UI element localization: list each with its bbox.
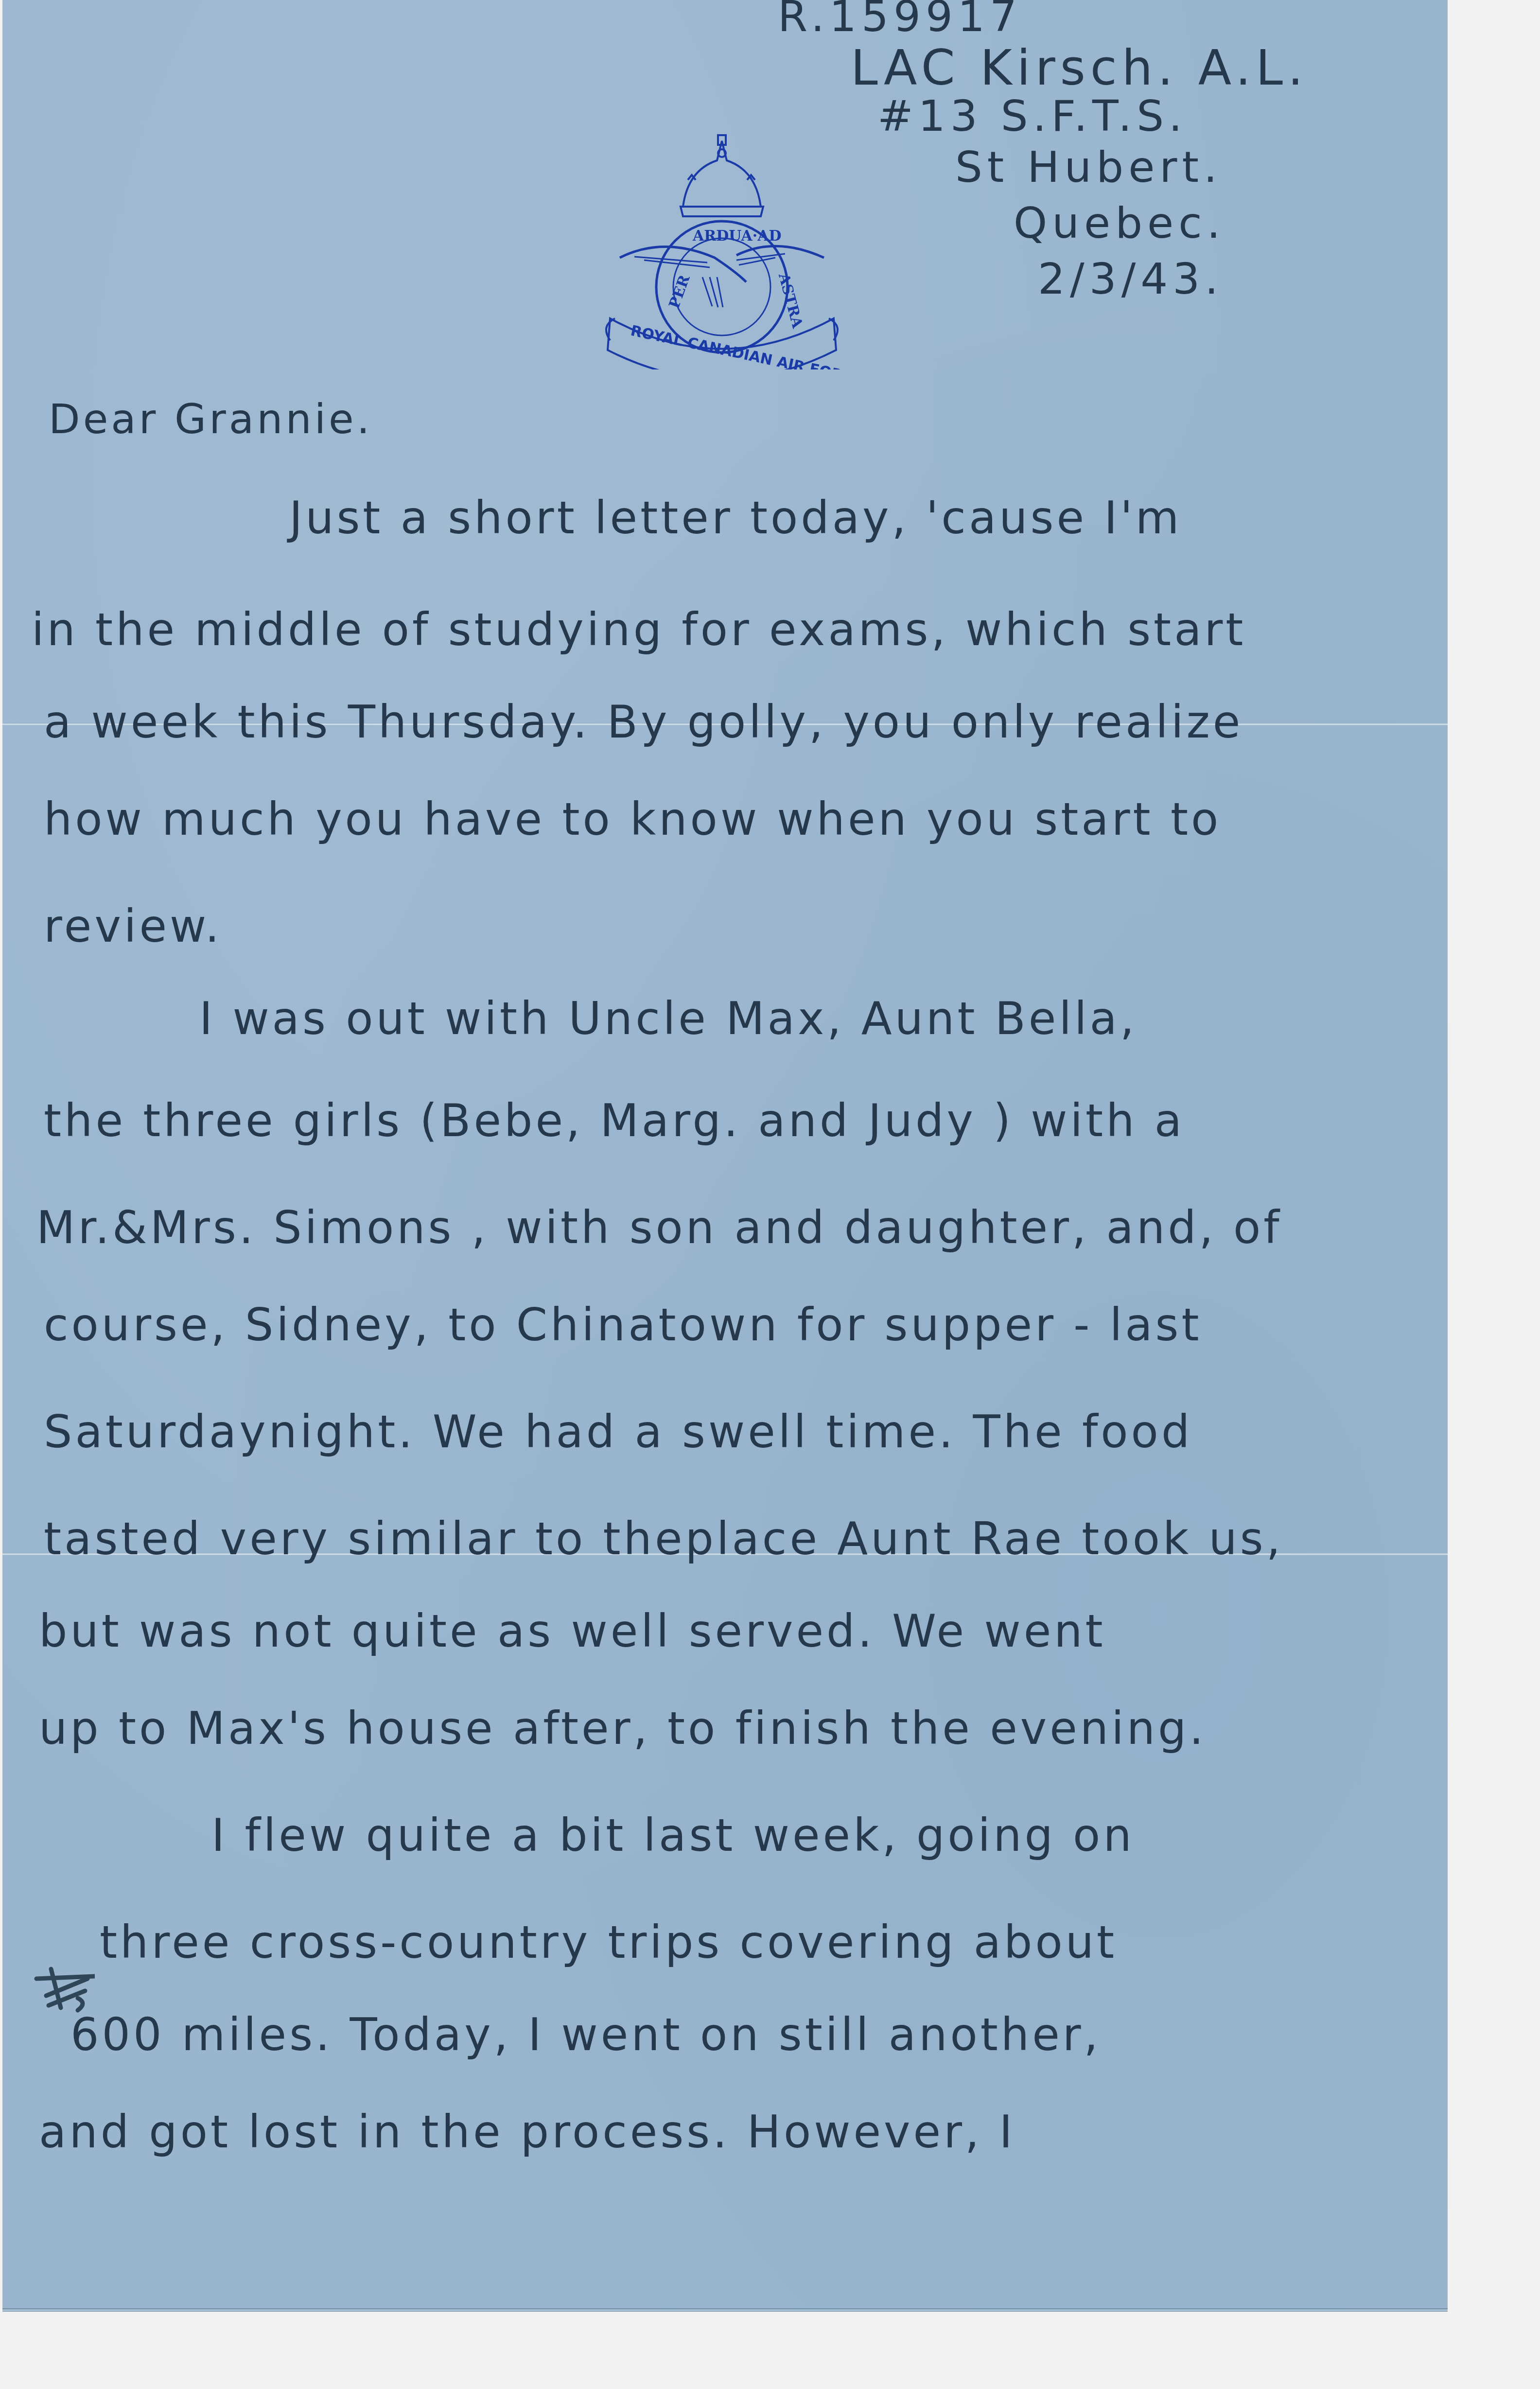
letter-line-11: tasted very similar to theplace Aunt Rae…	[44, 1517, 1283, 1562]
letter-line-8: Mr.&Mrs. Simons , with son and daughter,…	[36, 1206, 1282, 1250]
letter-sheet: ARDUA·AD PER ASTRA ROYAL CANADIAN AIR FO…	[2, 0, 1448, 2308]
letter-line-17: and got lost in the process. However, I	[39, 2110, 1015, 2155]
letter-line-1: Just a short letter today, 'cause I'm	[289, 496, 1182, 541]
svg-text:ARDUA·AD: ARDUA·AD	[692, 228, 781, 245]
letter-line-12: but was not quite as well served. We wen…	[39, 1609, 1106, 1654]
svg-text:ROYAL CANADIAN AIR FORCE: ROYAL CANADIAN AIR FORCE	[629, 322, 853, 369]
letter-date: 2/3/43.	[1038, 258, 1223, 300]
letter-line-15: three cross-country trips covering about	[100, 1920, 1117, 1965]
letter-line-9: course, Sidney, to Chinatown for supper …	[44, 1303, 1202, 1348]
letter-line-6: I was out with Uncle Max, Aunt Bella,	[199, 997, 1137, 1041]
sender-name: LAC Kirsch. A.L.	[851, 44, 1308, 92]
svg-text:PER: PER	[666, 272, 694, 311]
sender-location: St Hubert.	[955, 146, 1222, 189]
sender-unit: #13 S.F.T.S.	[877, 95, 1187, 138]
letter-line-5: review.	[44, 904, 222, 949]
letter-line-16: 600 miles. Today, I went on still anothe…	[70, 2013, 1101, 2057]
letter-line-14: I flew quite a bit last week, going on	[211, 1813, 1135, 1858]
letter-line-2: in the middle of studying for exams, whi…	[32, 608, 1246, 652]
letter-line-3: a week this Thursday. By golly, you only…	[44, 700, 1243, 745]
letter-line-4: how much you have to know when you start…	[44, 797, 1221, 842]
letter-line-13: up to Max's house after, to finish the e…	[39, 1706, 1207, 1751]
letter-line-10: Saturdaynight. We had a swell time. The …	[44, 1410, 1192, 1455]
service-number: R.159917	[778, 0, 1022, 38]
crossed-out-word-icon	[32, 1962, 95, 2015]
svg-text:ASTRA: ASTRA	[775, 271, 806, 330]
salutation: Dear Grannie.	[49, 399, 372, 439]
rcaf-crest-icon: ARDUA·AD PER ASTRA ROYAL CANADIAN AIR FO…	[591, 126, 853, 369]
sender-province: Quebec.	[1014, 202, 1225, 245]
letter-line-7: the three girls (Bebe, Marg. and Judy ) …	[44, 1099, 1185, 1143]
